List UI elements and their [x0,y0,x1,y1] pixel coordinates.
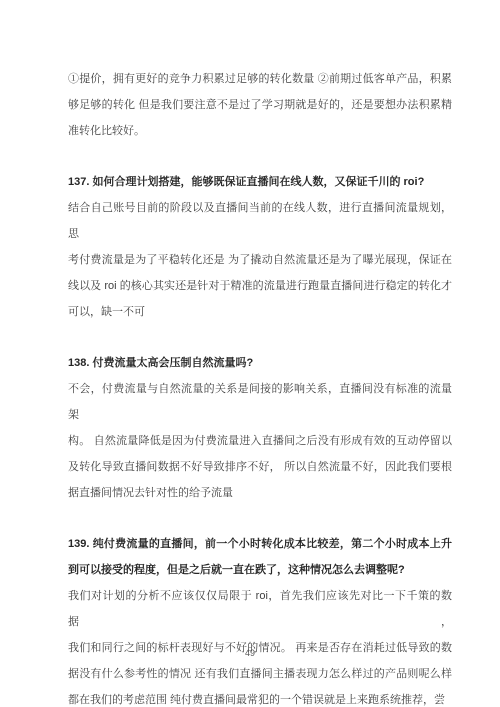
text-line: 据没有什么参考性的情况 还有我们直播间主播表现力怎么样过的产品则呢么样 [68,661,452,687]
text-line: 到可以接受的程度，但是之后就一直在跌了，这种情况怎么去调整呢? [68,557,452,583]
text-line: 139. 纯付费流量的直播间，前一个小时转化成本比较差，第二个小时成本上升 [68,531,452,557]
text-line: 不会，付费流量与自然流量的关系是间接的影响关系，直播间没有标准的流量架 [68,376,452,428]
page-number: 49 [0,648,500,658]
answer-paragraph: 结合自己账号目前的阶段以及直播间当前的在线人数，进行直播间流量规划，思考付费流量… [68,195,452,325]
text-line: 线以及 roi 的核心其实还是针对于精准的流量进行跑量直播间进行稳定的转化才 [68,273,452,299]
question-heading: 137. 如何合理计划搭建，能够既保证直播间在线人数，又保证千川的 roi? [68,169,452,195]
answer-paragraph: 我们对计划的分析不应该仅仅局限于 roi，首先我们应该先对比一下千策的数据，我们… [68,583,452,707]
text-line: 及转化导致直播间数据不好导致排序不好， 所以自然流量不好，因此我们要根 [68,454,452,480]
text-line: 都在我们的考虑范围 纯付费直播间最常犯的一个错误就是上来跑系统推荐，尝 [68,687,452,707]
text-line: 我们对计划的分析不应该仅仅局限于 roi，首先我们应该先对比一下千策的数据， [68,583,452,635]
text-line: 138. 付费流量太高会压制自然流量吗? [68,350,452,376]
text-line: 137. 如何合理计划搭建，能够既保证直播间在线人数，又保证千川的 roi? [68,169,452,195]
text-line: 结合自己账号目前的阶段以及直播间当前的在线人数，进行直播间流量规划，思 [68,195,452,247]
text-line: 可以，缺一不可 [68,299,452,325]
text-line: ①提价，拥有更好的竞争力积累过足够的转化数量 ②前期过低客单产品，积累 [68,66,452,92]
text-line: 准转化比较好。 [68,118,452,144]
text-line: 够足够的转化 但是我们要注意不是过了学习期就是好的，还是要想办法积累精 [68,92,452,118]
text-line: 考付费流量是为了平稳转化还是 为了撬动自然流量还是为了曝光展现，保证在 [68,247,452,273]
question-heading: 138. 付费流量太高会压制自然流量吗? [68,350,452,376]
document-page: ①提价，拥有更好的竞争力积累过足够的转化数量 ②前期过低客单产品，积累够足够的转… [0,0,500,707]
text-line: 据直播间情况去针对性的给予流量 [68,480,452,506]
page-content: ①提价，拥有更好的竞争力积累过足够的转化数量 ②前期过低客单产品，积累够足够的转… [68,66,452,707]
text-line: 构。 自然流量降低是因为付费流量进入直播间之后没有形成有效的互动停留以 [68,428,452,454]
answer-paragraph: 不会，付费流量与自然流量的关系是间接的影响关系，直播间没有标准的流量架构。 自然… [68,376,452,506]
answer-paragraph: ①提价，拥有更好的竞争力积累过足够的转化数量 ②前期过低客单产品，积累够足够的转… [68,66,452,144]
question-heading: 139. 纯付费流量的直播间，前一个小时转化成本比较差，第二个小时成本上升到可以… [68,531,452,583]
